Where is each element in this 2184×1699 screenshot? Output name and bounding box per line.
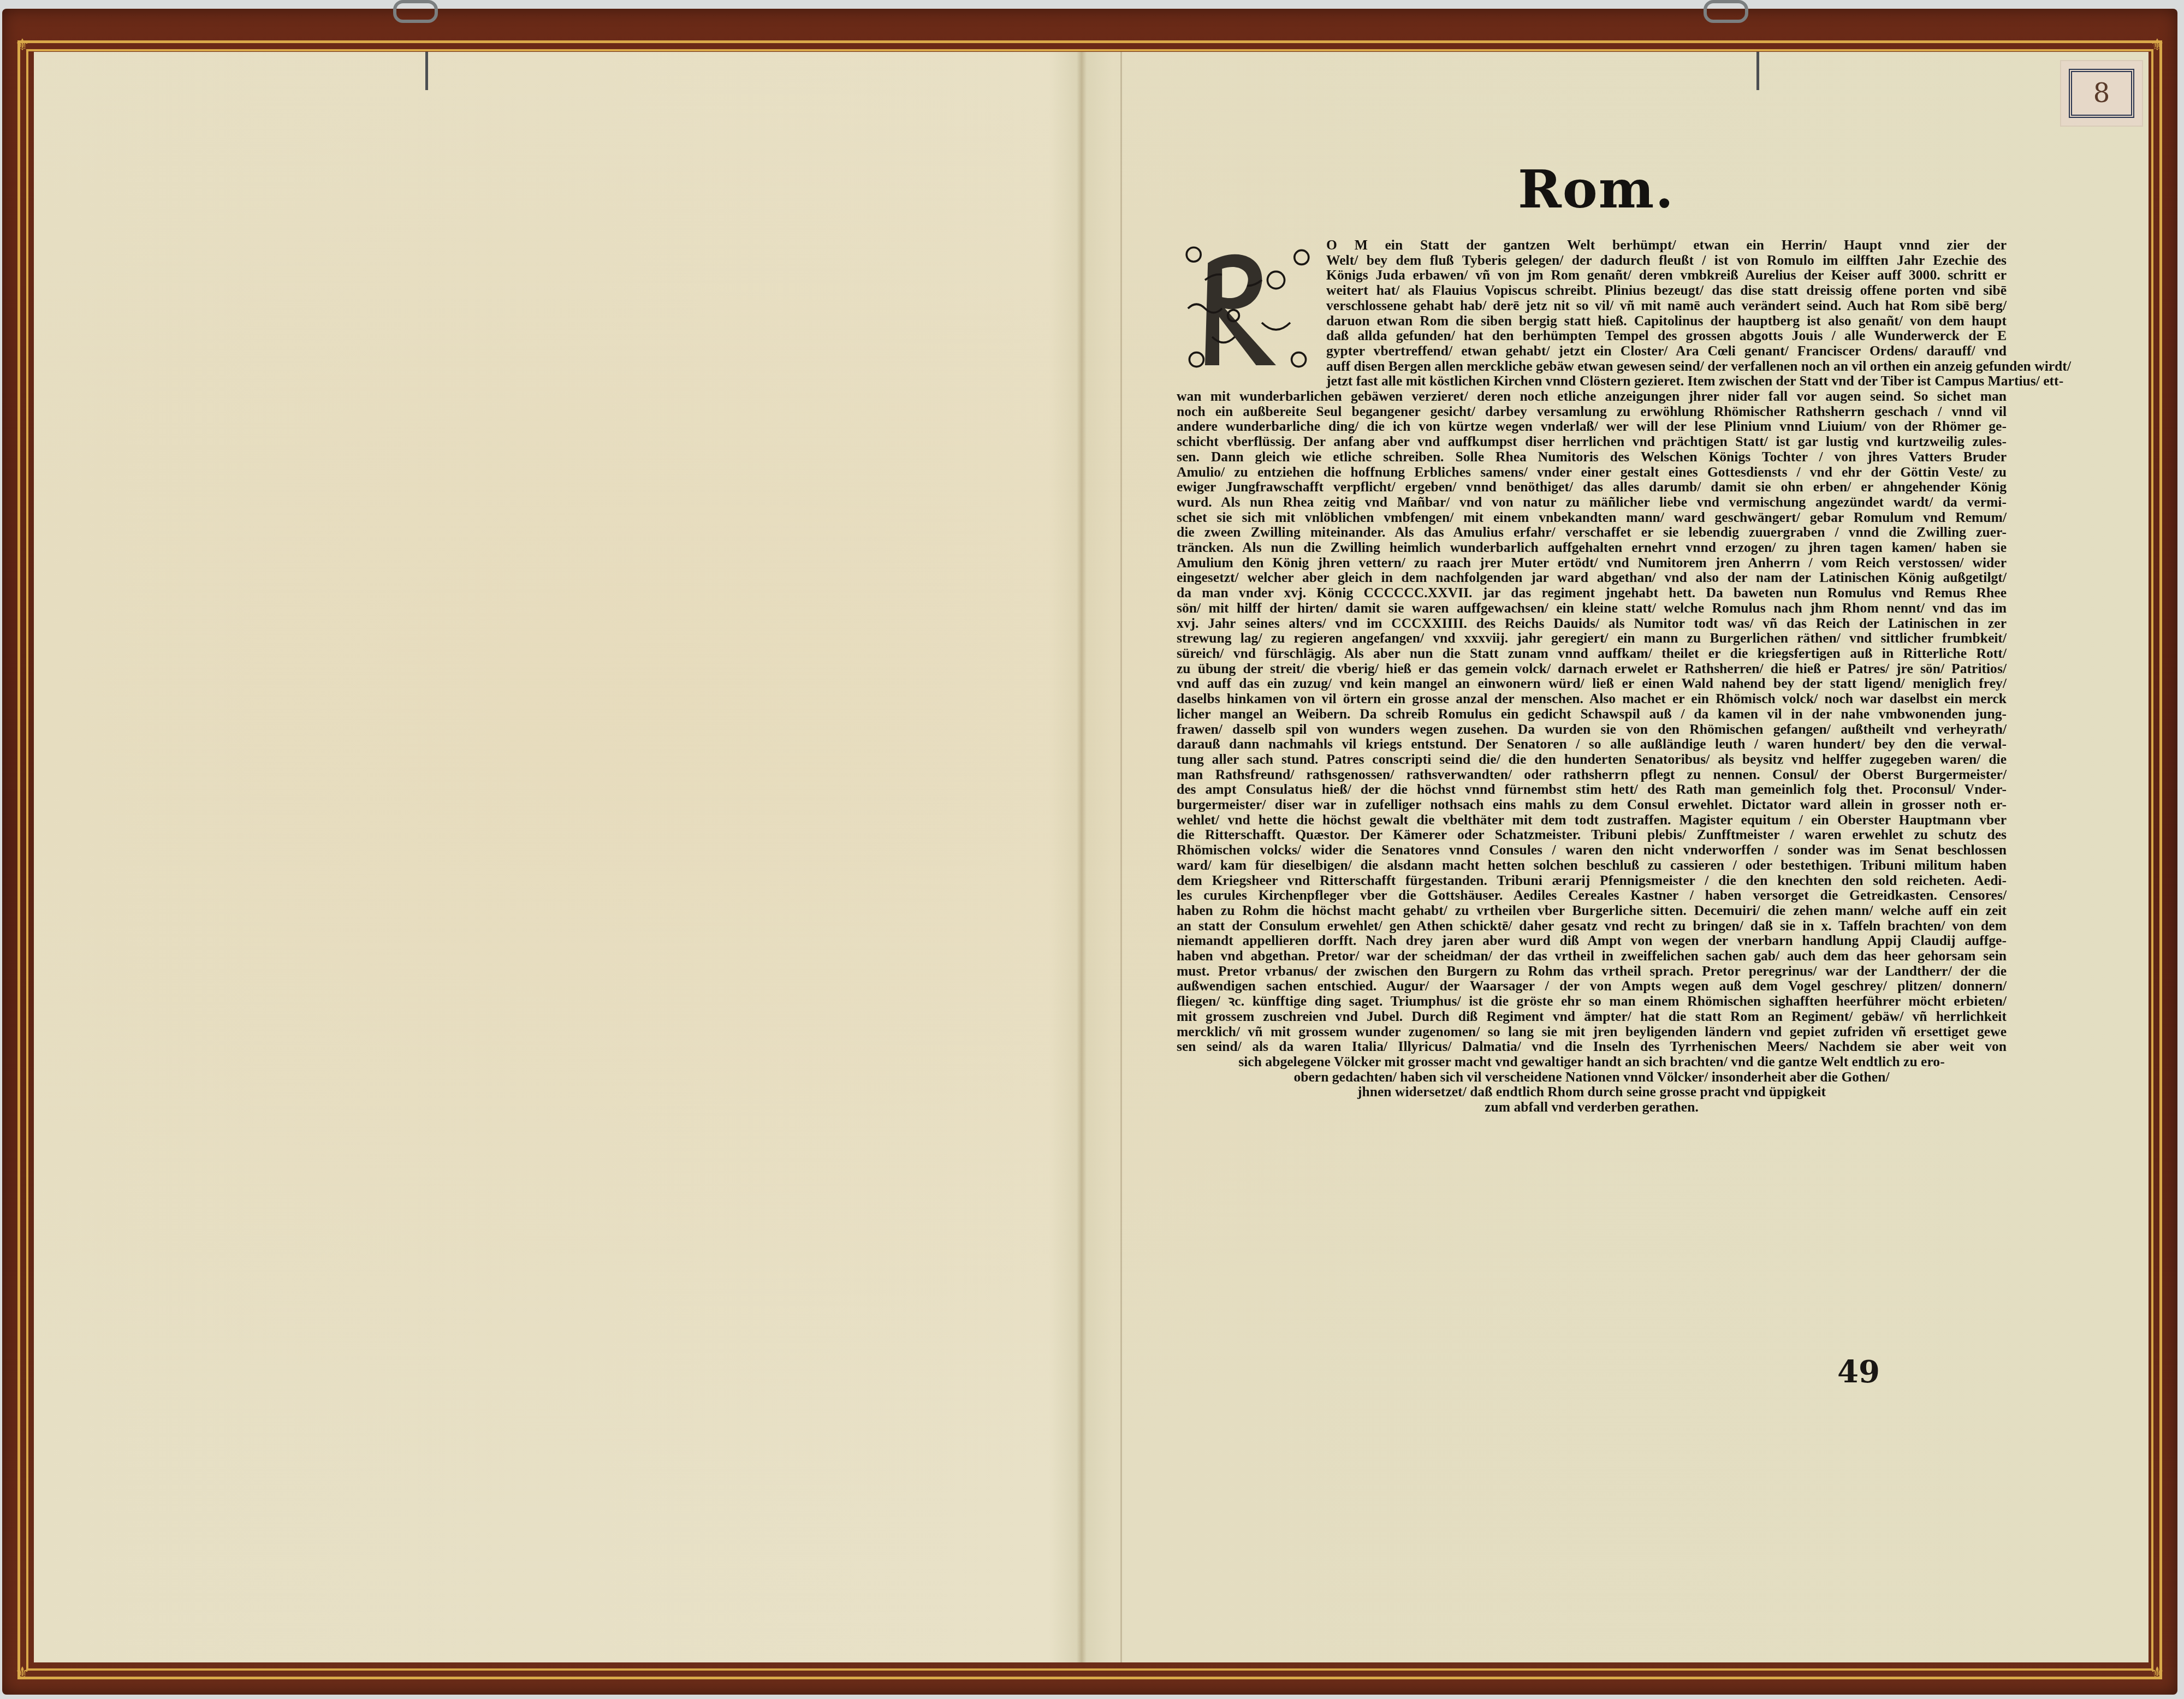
- closing-line: sich abgelegene Völcker mit grosser mach…: [1177, 1054, 2007, 1070]
- text-line: dem Kriegsheer vnd Ritterschafft fürgest…: [1177, 873, 2007, 888]
- ornamental-initial-r-icon: [1177, 237, 1319, 379]
- text-line: frawen/ dasselb spil von wunders wegen z…: [1177, 722, 2007, 737]
- text-line: schet sie sich mit vnlöblichen vmbfengen…: [1177, 510, 2007, 525]
- fleur-de-lis-icon: ⚜: [13, 36, 32, 55]
- closing-line: jhnen widersetzet/ daß endtlich Rhom dur…: [1177, 1084, 2007, 1100]
- text-line: da man vnder xvj. König CCCCCC.XXVII. ja…: [1177, 585, 2007, 601]
- text-line: wehlet/ vnd hette die höchst gewalt die …: [1177, 812, 2007, 828]
- text-line: tung aller sach stund. Patres conscripti…: [1177, 752, 2007, 767]
- hanger-mark: [1756, 52, 1759, 90]
- text-line: zu übung der streit/ die vberig/ hieß er…: [1177, 661, 2007, 676]
- text-line: ewiger Jungfrawschafft verpflicht/ ergeb…: [1177, 479, 2007, 495]
- fleur-de-lis-icon: ⚜: [2148, 1664, 2167, 1683]
- text-line: niemandt appellieren dorfft. Nach drey j…: [1177, 933, 2007, 948]
- text-line: les curules Kirchenpfleger vber die Gott…: [1177, 888, 2007, 903]
- text-line: wurd. Als nun Rhea zeitig vnd Mañbar/ vn…: [1177, 495, 2007, 510]
- text-line: andere wunderbarliche ding/ die ich von …: [1177, 419, 2007, 434]
- text-line: daselbs hinkamen von vil örtern ein gros…: [1177, 691, 2007, 706]
- text-line: wan mit wunderbarlichen gebäwen verziere…: [1177, 389, 2007, 404]
- text-line: die Ritterschafft. Quæstor. Der Kämerer …: [1177, 827, 2007, 842]
- text-line: haben zu Rohm die höchst macht gehabt/ z…: [1177, 903, 2007, 918]
- text-line: des ampt Consulatus hieß/ der die höchst…: [1177, 782, 2007, 797]
- hanging-hook: [393, 0, 438, 23]
- text-line: Amulio/ zu entziehen die hoffnung Erblic…: [1177, 465, 2007, 480]
- page-title: Rom.: [1518, 158, 1675, 220]
- text-line: vnd auff das ein zuzug/ vnd kein mangel …: [1177, 676, 2007, 691]
- center-fold: [1077, 52, 1087, 1662]
- text-line: eingesetzt/ welcher aber gleich in dem n…: [1177, 570, 2007, 585]
- page-number: 49: [1837, 1354, 1880, 1390]
- text-line: man Rathsfreund/ rathsgenossen/ rathsver…: [1177, 767, 2007, 782]
- text-line: strewung lag/ zu regieren angefangen/ vn…: [1177, 631, 2007, 646]
- text-line: schicht vberflüssig. Der anfang aber vnd…: [1177, 434, 2007, 449]
- text-line: Rhömischen volcks/ wider die Senatores v…: [1177, 842, 2007, 858]
- text-line: sen. Dann gleich wie etliche schreiben. …: [1177, 449, 2007, 465]
- text-line: sön/ mit hilff der hirten/ damit sie war…: [1177, 601, 2007, 616]
- text-line: licher mangel an Weibern. Da schreib Rom…: [1177, 706, 2007, 722]
- fleur-de-lis-icon: ⚜: [2148, 36, 2167, 55]
- text-line: träncken. Als nun die Zwilling heimlich …: [1177, 540, 2007, 555]
- text-line: ward/ kam für dieselbigen/ die alsdann m…: [1177, 858, 2007, 873]
- text-line: fliegen/ ꝛc. künfftige ding saget. Trium…: [1177, 994, 2007, 1009]
- text-line: an statt der Consulum erwehlet/ gen Athe…: [1177, 918, 2007, 934]
- text-line: darauß dann nachmahls vil kriegs entstun…: [1177, 736, 2007, 752]
- text-line: mercklich/ vñ mit grossem wunder zugenom…: [1177, 1024, 2007, 1039]
- text-line: noch ein außbereite Seul begangener gesi…: [1177, 404, 2007, 419]
- inventory-label: 8: [2061, 61, 2142, 126]
- text-line: burgermeister/ diser war in zufelliger n…: [1177, 797, 2007, 812]
- fold-crease: [1120, 52, 1122, 1662]
- text-line: mit grossem zuschreien vnd Jubel. Durch …: [1177, 1009, 2007, 1024]
- inventory-number: 8: [2069, 69, 2134, 118]
- closing-line: obern gedachten/ haben sich vil verschei…: [1177, 1070, 2007, 1085]
- text-line: xvj. Jahr seines alters/ vnd im CCCXXIII…: [1177, 616, 2007, 631]
- hanging-hook: [1704, 0, 1748, 23]
- body-text: O M ein Statt der gantzen Welt berhümpt/…: [1177, 237, 2007, 1115]
- fleur-de-lis-icon: ⚜: [13, 1664, 32, 1683]
- text-line: süreich/ vnd fürschlägig. Als aber nun d…: [1177, 646, 2007, 661]
- decorated-initial: [1177, 237, 1319, 379]
- text-line: Amulium den König jhren vettern/ zu raac…: [1177, 555, 2007, 571]
- text-line: die zween Zwilling miteinander. Als das …: [1177, 525, 2007, 540]
- text-line: haben vnd abgethan. Pretor/ war der sche…: [1177, 948, 2007, 964]
- text-line: must. Pretor vrbanus/ der zwischen den B…: [1177, 964, 2007, 979]
- closing-line: zum abfall vnd verderben gerathen.: [1177, 1100, 2007, 1115]
- text-line: sen seind/ als da waren Italia/ Illyricu…: [1177, 1039, 2007, 1054]
- text-line: außwendigen sachen entschied. Augur/ der…: [1177, 978, 2007, 994]
- hanger-mark: [425, 52, 428, 90]
